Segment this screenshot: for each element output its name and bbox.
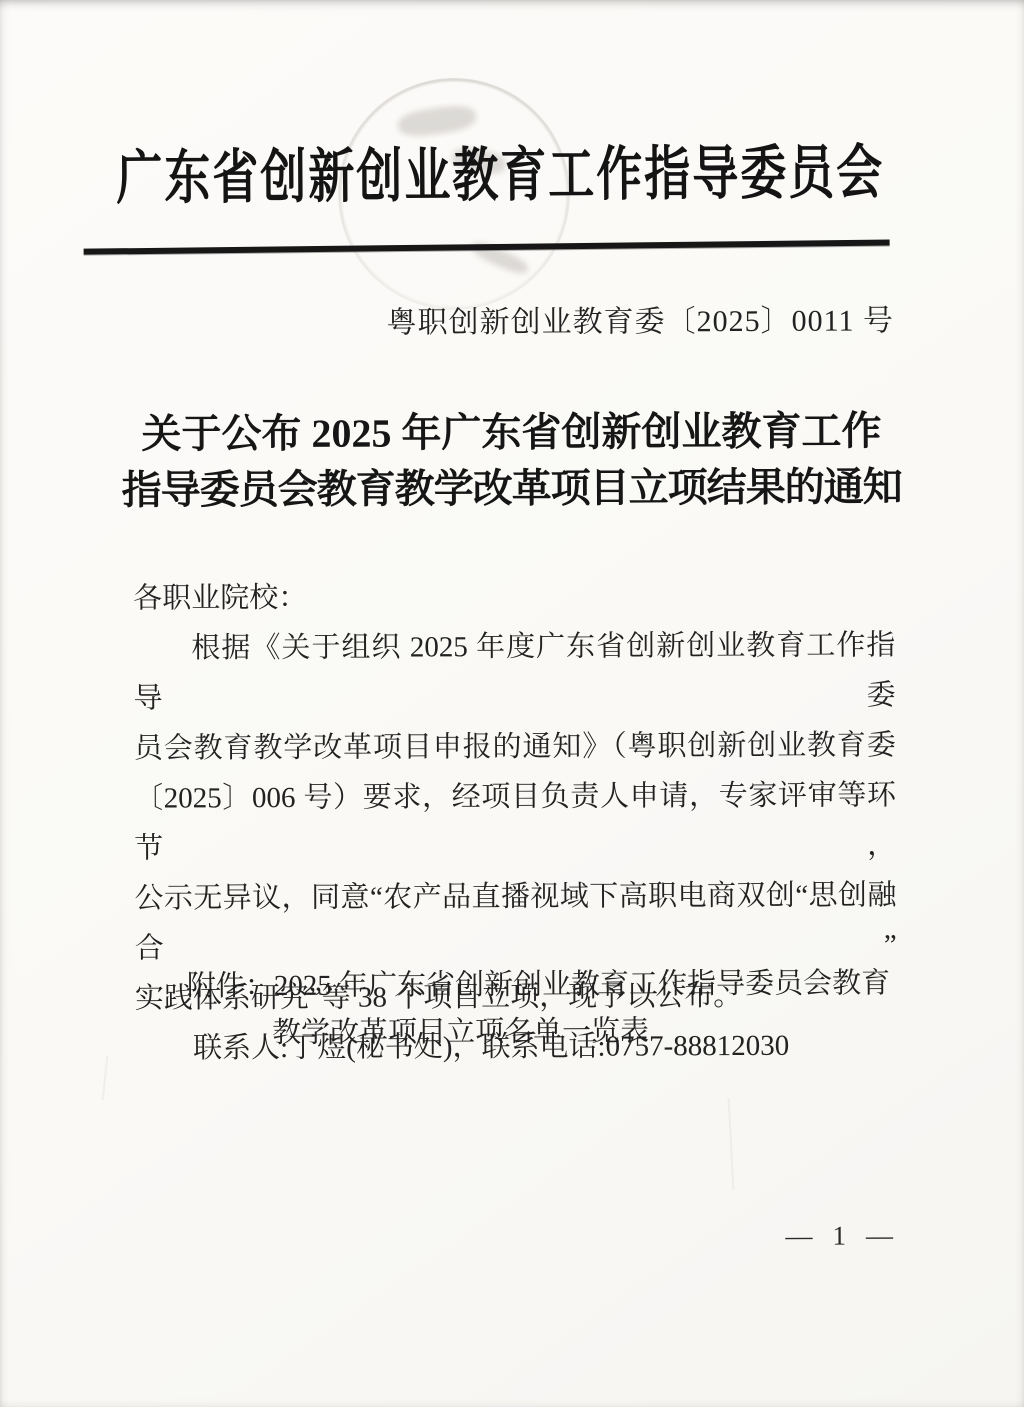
body-paragraph-line: 根据《关于组织 2025 年度广东省创新创业教育工作指导委: [133, 620, 895, 723]
document-title: 关于公布 2025 年广东省创新创业教育工作 指导委员会教育教学改革项目立项结果…: [0, 403, 1024, 519]
body-paragraph-line: 〔2025〕006 号）要求，经项目负责人申请，专家评审等环节，: [134, 770, 896, 873]
salutation: 各职业院校：: [133, 570, 895, 623]
body-paragraph-line: 公示无异议，同意“农产品直播视域下高职电商双创“思创融合”: [134, 870, 896, 973]
letterhead-divider-rule: [84, 240, 890, 255]
attachment-note: 附件：2025 年广东省创新创业教育工作指导委员会教育 教学改革项目立项名单一览…: [135, 960, 935, 1057]
page-number: — 1 —: [785, 1220, 893, 1251]
document-content: 广东省创新创业教育工作指导委员会 粤职创新创业教育委〔2025〕0011 号 关…: [0, 0, 1024, 1407]
document-title-line2: 指导委员会教育教学改革项目立项结果的通知: [0, 459, 1024, 519]
body-paragraph-line: 员会教育教学改革项目申报的通知》（粤职创新创业教育委: [134, 720, 896, 773]
page-number-value: 1: [832, 1221, 846, 1252]
attachment-line2: 教学改革项目立项名单一览表: [135, 1007, 935, 1057]
document-title-line1: 关于公布 2025 年广东省创新创业教育工作: [0, 403, 1024, 463]
scanned-document: 广东省创新创业教育工作指导委员会 粤职创新创业教育委〔2025〕0011 号 关…: [0, 0, 1024, 1407]
attachment-line1: 附件：2025 年广东省创新创业教育工作指导委员会教育: [135, 960, 935, 1010]
letterhead-title: 广东省创新创业教育工作指导委员会: [0, 131, 1013, 221]
page-number-dash-right: —: [866, 1220, 893, 1251]
page-number-dash-left: —: [785, 1221, 812, 1252]
document-number: 粤职创新创业教育委〔2025〕0011 号: [386, 301, 894, 343]
